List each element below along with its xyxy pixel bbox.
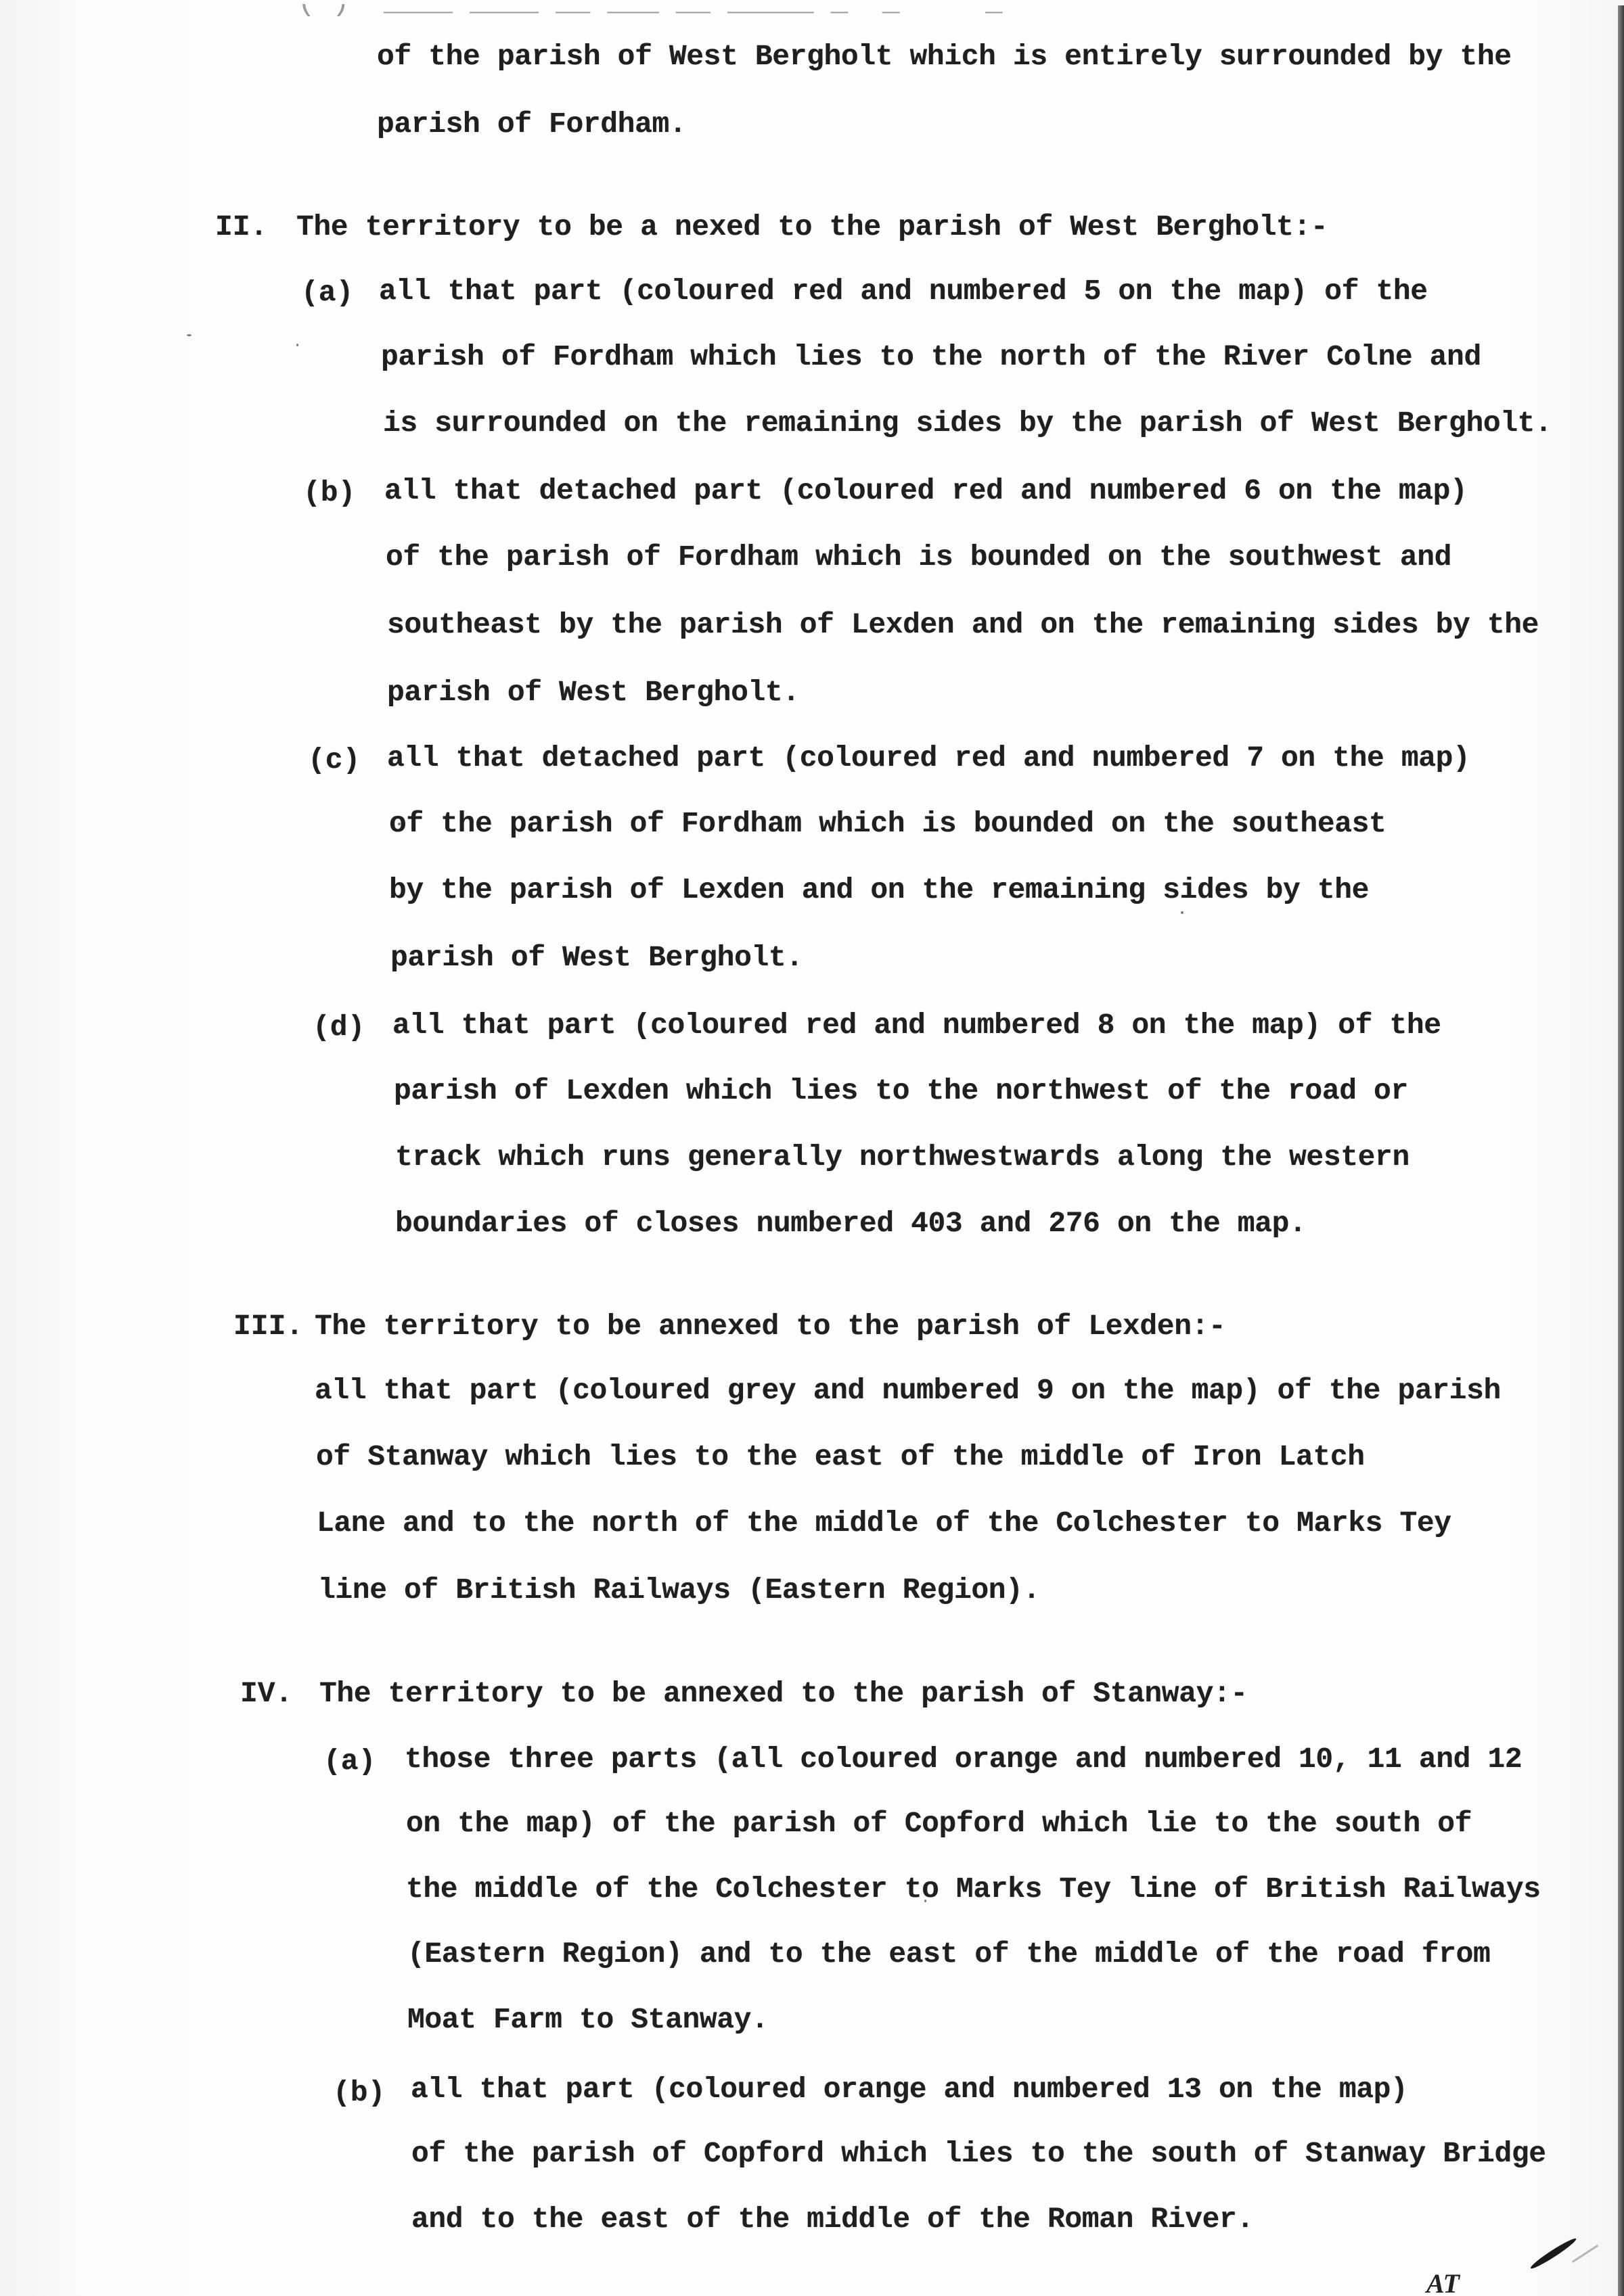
scan-speck	[1181, 911, 1183, 914]
item-ii-a-line-3: is surrounded on the remaining sides by …	[383, 406, 1552, 441]
scan-speck	[398, 823, 401, 825]
section-heading-iii: The territory to be annexed to the paris…	[315, 1309, 1225, 1344]
section-iii-line-1: all that part (coloured grey and numbere…	[315, 1373, 1501, 1408]
section-iii-line-4: line of British Railways (Eastern Region…	[318, 1573, 1040, 1608]
section-heading-iv: The territory to be annexed to the paris…	[319, 1676, 1248, 1712]
item-label-ii-a: (a)	[301, 275, 353, 311]
section-heading-ii: The territory to be a nexed to the paris…	[296, 210, 1328, 245]
section-numeral-ii: II.	[215, 210, 267, 245]
section-numeral-iv: IV.	[240, 1676, 292, 1712]
item-iv-a-line-5: Moat Farm to Stanway.	[407, 2002, 769, 2038]
scanner-edge-shadow	[1618, 5, 1624, 2296]
section-numeral-iii: III.	[233, 1309, 303, 1344]
item-ii-d-line-1: all that part (coloured red and numbered…	[392, 1008, 1441, 1043]
item-ii-c-line-4: parish of West Bergholt.	[390, 940, 803, 975]
pen-stroke-tail	[1572, 2245, 1598, 2263]
scan-speck	[924, 1900, 926, 1902]
item-label-ii-c: (c)	[308, 743, 360, 778]
item-ii-d-line-4: boundaries of closes numbered 403 and 27…	[395, 1206, 1306, 1241]
item-iv-b-line-1: all that part (coloured orange and numbe…	[411, 2072, 1407, 2107]
item-iv-b-line-2: of the parish of Copford which lies to t…	[411, 2136, 1546, 2172]
item-iv-a-line-4: (Eastern Region) and to the east of the …	[407, 1937, 1490, 1972]
item-ii-a-line-1: all that part (coloured red and numbered…	[379, 274, 1428, 309]
fragment-line-1: of the parish of West Bergholt which is …	[377, 39, 1512, 74]
item-ii-c-line-1: all that detached part (coloured red and…	[387, 741, 1470, 776]
item-iv-b-line-3: and to the east of the middle of the Rom…	[411, 2202, 1254, 2237]
item-iv-a-line-2: on the map) of the parish of Copford whi…	[406, 1806, 1472, 1841]
pen-stroke-mark	[1529, 2236, 1578, 2271]
item-ii-b-line-3: southeast by the parish of Lexden and on…	[387, 607, 1539, 643]
document-page: (-) ____ ____ __ ___ __ _____ _ _ _ of t…	[0, 0, 1624, 2296]
item-ii-b-line-2: of the parish of Fordham which is bounde…	[386, 540, 1451, 575]
item-iv-a-line-3: the middle of the Colchester to Marks Te…	[406, 1872, 1541, 1907]
section-iii-line-3: Lane and to the north of the middle of t…	[317, 1506, 1451, 1541]
item-label-ii-b: (b)	[303, 476, 355, 511]
cutoff-line: (-) ____ ____ __ ___ __ _____ _ _ _	[298, 0, 1003, 20]
item-ii-b-line-4: parish of West Bergholt.	[387, 675, 800, 710]
item-ii-a-line-2: parish of Fordham which lies to the nort…	[381, 340, 1481, 375]
fragment-line-2: parish of Fordham.	[377, 107, 686, 142]
item-ii-b-line-1: all that detached part (coloured red and…	[384, 474, 1467, 509]
item-ii-c-line-2: of the parish of Fordham which is bounde…	[389, 806, 1386, 842]
item-iv-a-line-1: those three parts (all coloured orange a…	[405, 1742, 1522, 1777]
item-ii-d-line-2: parish of Lexden which lies to the north…	[394, 1074, 1408, 1109]
scan-speck	[187, 334, 191, 336]
scan-speck	[296, 344, 298, 346]
item-label-ii-d: (d)	[313, 1010, 365, 1045]
item-ii-c-line-3: by the parish of Lexden and on the remai…	[389, 873, 1369, 908]
item-label-iv-b: (b)	[333, 2075, 385, 2111]
item-label-iv-a: (a)	[323, 1744, 376, 1779]
item-ii-d-line-3: track which runs generally northwestward…	[395, 1140, 1409, 1175]
section-iii-line-2: of Stanway which lies to the east of the…	[316, 1440, 1365, 1475]
handwritten-initials: AT	[1426, 2268, 1460, 2296]
